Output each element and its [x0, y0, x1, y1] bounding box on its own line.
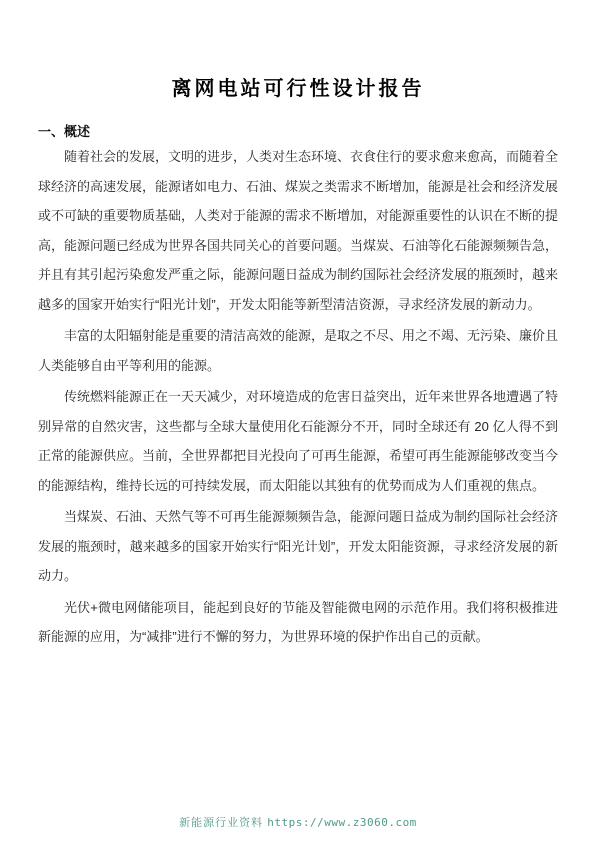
- body-paragraph: 传统燃料能源正在一天天减少，对环境造成的危害日益突出，近年来世界各地遭遇了特别异…: [38, 380, 558, 500]
- document-page: 离网电站可行性设计报告 一、概述 随着社会的发展，文明的进步，人类对生态环境、衣…: [0, 0, 596, 842]
- footer-watermark-label: 新能源行业资料: [179, 817, 263, 829]
- footer-watermark-url: https://www.z3060.com: [267, 816, 417, 829]
- body-paragraph: 光伏+微电网储能项目，能起到良好的节能及智能微电网的示范作用。我们将积极推进新能…: [38, 591, 558, 652]
- document-title: 离网电站可行性设计报告: [0, 72, 596, 101]
- body-paragraph: 随着社会的发展，文明的进步，人类对生态环境、衣食住行的要求愈来愈高，而随着全球经…: [38, 140, 558, 319]
- section-heading-overview: 一、概述: [38, 121, 558, 140]
- body-paragraph: 当煤炭、石油、天然气等不可再生能源频频告急，能源问题日益成为制约国际社会经济发展…: [38, 500, 558, 591]
- page-footer: 新能源行业资料 https://www.z3060.com: [0, 814, 596, 830]
- document-body: 一、概述 随着社会的发展，文明的进步，人类对生态环境、衣食住行的要求愈来愈高，而…: [38, 121, 558, 652]
- body-paragraph: 丰富的太阳辐射能是重要的清洁高效的能源，是取之不尽、用之不竭、无污染、廉价且人类…: [38, 319, 558, 380]
